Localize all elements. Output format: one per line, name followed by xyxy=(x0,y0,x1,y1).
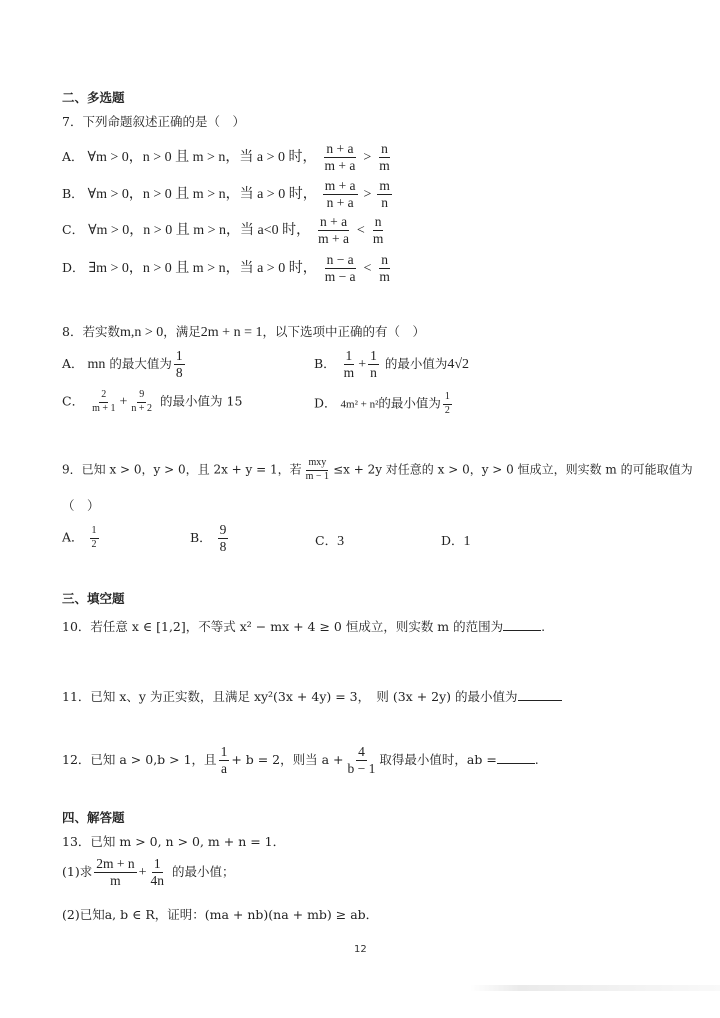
option-label: B． xyxy=(190,530,212,545)
fraction: 12 xyxy=(90,526,99,550)
question-text: 已知 a > 0,b > 1，且 xyxy=(90,752,216,767)
question-number: 9． xyxy=(62,463,82,477)
section-heading-solution: 四、解答题 xyxy=(62,808,125,826)
option-label: B． xyxy=(314,356,336,371)
option-text: 的最小值为 xyxy=(378,396,441,411)
option-label: D． xyxy=(314,396,337,411)
numerator: m + a xyxy=(323,179,358,195)
denominator: 4n xyxy=(149,873,167,888)
math-expression: 4√2 xyxy=(447,357,469,372)
question-8-option-a: A． mn 的最大值为18 xyxy=(62,349,187,380)
option-label: C． xyxy=(315,533,337,548)
numerator: n + a xyxy=(318,215,349,231)
operator: > xyxy=(364,187,372,202)
answer-blank[interactable] xyxy=(518,688,562,701)
option-label: A． xyxy=(62,149,84,164)
fraction: 98 xyxy=(218,523,229,554)
numerator: 1 xyxy=(174,349,185,365)
option-value: 1 xyxy=(464,534,471,549)
operator: + xyxy=(119,395,127,410)
numerator: 2m + n xyxy=(94,857,136,873)
question-text: 取得最小值时，ab = xyxy=(379,752,496,767)
fraction: 4b − 1 xyxy=(346,745,378,776)
fraction-lhs: n + am + a xyxy=(316,215,351,246)
punctuation: . xyxy=(535,752,539,767)
fraction: 1n xyxy=(368,349,379,380)
numerator: n − a xyxy=(325,253,356,269)
question-9-option-d: D．1 xyxy=(441,531,471,550)
option-text: 的最大值为 xyxy=(109,356,172,371)
fraction: 9n + 2 xyxy=(129,390,154,414)
question-7-option-b: B． ∀m > 0，n > 0 且 m > n，当 a > 0 时， m + a… xyxy=(62,179,394,210)
denominator: n xyxy=(368,365,379,380)
quantifier-symbol: ∀ xyxy=(88,187,96,202)
question-9-option-b: B． 98 xyxy=(190,523,230,554)
math-expression: mn xyxy=(88,357,106,372)
quantifier-symbol: ∀ xyxy=(88,150,96,165)
option-text: 的最小值为 xyxy=(385,356,448,371)
section-heading-fill-blank: 三、填空题 xyxy=(62,589,125,607)
option-condition: m > 0，n > 0 且 m > n，当 a > 0 时， xyxy=(96,261,317,276)
fraction: 2m + nm xyxy=(94,857,136,888)
section-heading-multi-choice: 二、多选题 xyxy=(62,88,125,106)
fraction-rhs: nm xyxy=(371,215,386,246)
question-7-stem: 7．下列命题叙述正确的是（ ） xyxy=(62,112,245,130)
question-7-option-d: D． ∃m > 0，n > 0 且 m > n，当 a > 0 时， n − a… xyxy=(62,253,394,284)
question-8-option-c: C． 2m + 1+9n + 2 的最小值为 15 xyxy=(62,390,242,414)
math-expression: 4m² + n² xyxy=(341,399,379,411)
part-label: (2)已知 xyxy=(62,907,105,922)
denominator: m xyxy=(342,365,357,380)
operator: < xyxy=(357,223,365,238)
numerator: n xyxy=(373,215,384,231)
answer-blank[interactable] xyxy=(497,751,535,764)
fraction-value: 12 xyxy=(443,392,452,416)
numerator: n xyxy=(379,142,390,158)
numerator: 1 xyxy=(90,526,99,539)
numerator: 2 xyxy=(99,390,108,403)
fraction: 14n xyxy=(149,857,167,888)
fraction-lhs: n + am + a xyxy=(323,142,358,173)
question-13-part-2: (2)已知a, b ∈ R，证明：(ma + nb)(na + mb) ≥ ab… xyxy=(62,905,378,923)
math-expression: m,n > 0 xyxy=(120,325,163,340)
question-text: a, b ∈ R，证明：(ma + nb)(na + mb) ≥ ab． xyxy=(105,907,378,922)
denominator: m − 1 xyxy=(304,471,331,483)
numerator: 9 xyxy=(137,390,146,403)
numerator: 4 xyxy=(356,745,367,761)
question-7-option-a: A． ∀m > 0，n > 0 且 m > n，当 a > 0 时， n + a… xyxy=(62,142,394,173)
denominator: n + a xyxy=(325,195,356,210)
fraction-rhs: nm xyxy=(377,253,392,284)
question-number: 12． xyxy=(62,752,90,767)
option-label: C． xyxy=(62,222,84,237)
option-condition: m > 0，n > 0 且 m > n，当 a<0 时， xyxy=(97,223,311,238)
part-label: (1)求 xyxy=(62,864,92,879)
denominator: 2 xyxy=(90,539,99,551)
option-label: A． xyxy=(62,356,84,371)
numerator: mxy xyxy=(306,458,328,471)
question-8-stem: 8．若实数m,n > 0，满足2m + n = 1，以下选项中正确的有（ ） xyxy=(62,322,425,341)
question-13-part-1: (1)求2m + nm+14n 的最小值； xyxy=(62,857,235,888)
numerator: m xyxy=(377,179,392,195)
question-8-option-d: D． 4m² + n²的最小值为12 xyxy=(314,392,454,416)
option-label: B． xyxy=(62,186,84,201)
denominator: n + 2 xyxy=(129,403,154,415)
scan-artifact xyxy=(470,985,720,991)
operator: + xyxy=(139,865,147,880)
numerator: 1 xyxy=(443,392,452,405)
fraction-lhs: n − am − a xyxy=(323,253,358,284)
option-condition: m > 0，n > 0 且 m > n，当 a > 0 时， xyxy=(96,150,317,165)
fraction: 1m xyxy=(342,349,357,380)
question-12: 12．已知 a > 0,b > 1，且1a+ b = 2，则当 a +4b − … xyxy=(62,745,539,776)
denominator: m − a xyxy=(323,269,358,284)
numerator: 1 xyxy=(344,349,355,365)
fraction: 2m + 1 xyxy=(90,390,117,414)
question-8-option-b: B． 1m+1n 的最小值为4√2 xyxy=(314,349,469,380)
question-text: 的最小值； xyxy=(172,864,235,879)
denominator: m xyxy=(108,873,123,888)
question-text: 若实数 xyxy=(82,324,120,339)
option-label: A． xyxy=(62,530,84,545)
denominator: a xyxy=(219,761,229,776)
answer-blank[interactable] xyxy=(503,618,541,631)
question-number: 7． xyxy=(62,114,82,129)
punctuation: . xyxy=(541,619,545,634)
question-9-option-c: C．3 xyxy=(315,531,344,550)
question-10: 10．若任意 x ∈ [1,2]，不等式 x² − mx + 4 ≥ 0 恒成立… xyxy=(62,617,545,635)
fraction-rhs: mn xyxy=(377,179,392,210)
question-9-paren: （ ） xyxy=(62,496,100,514)
question-13-given: 13．已知 m > 0, n > 0, m + n = 1． xyxy=(62,832,285,850)
question-number: 13． xyxy=(62,834,90,849)
operator: > xyxy=(363,150,371,165)
option-condition: m > 0，n > 0 且 m > n，当 a > 0 时， xyxy=(96,187,317,202)
option-value: 3 xyxy=(337,534,344,549)
operator: < xyxy=(364,261,372,276)
question-7-option-c: C． ∀m > 0，n > 0 且 m > n，当 a<0 时， n + am … xyxy=(62,215,387,246)
fraction-lhs: m + an + a xyxy=(323,179,358,210)
math-expression: 2m + n = 1 xyxy=(201,325,263,340)
numerator: 9 xyxy=(218,523,229,539)
option-label: D． xyxy=(441,533,464,548)
numerator: 1 xyxy=(368,349,379,365)
numerator: 1 xyxy=(219,745,230,761)
denominator: n xyxy=(379,195,390,210)
question-9-stem: 9．已知 x > 0，y > 0，且 2x + y = 1，若mxym − 1≤… xyxy=(62,458,693,482)
option-label: D． xyxy=(62,260,85,275)
fraction: mxym − 1 xyxy=(304,458,331,482)
question-text: ，满足 xyxy=(163,324,201,339)
question-11: 11．已知 x、y 为正实数，且满足 xy²(3x + 4y) = 3， 则 (… xyxy=(62,687,562,705)
quantifier-symbol: ∀ xyxy=(88,223,96,238)
operator: + xyxy=(358,357,366,372)
option-text: 的最小值为 15 xyxy=(160,394,242,409)
numerator: n xyxy=(379,253,390,269)
question-number: 10． xyxy=(62,619,90,634)
question-text: 若任意 x ∈ [1,2]，不等式 x² − mx + 4 ≥ 0 恒成立，则实… xyxy=(90,619,503,634)
denominator: m xyxy=(377,158,392,173)
denominator: 2 xyxy=(443,405,452,417)
denominator: b − 1 xyxy=(346,761,378,776)
question-text: 已知 m > 0, n > 0, m + n = 1． xyxy=(90,834,285,849)
question-text: + b = 2，则当 a + xyxy=(231,752,343,767)
numerator: n + a xyxy=(324,142,355,158)
denominator: m + a xyxy=(316,231,351,246)
quantifier-symbol: ∃ xyxy=(89,261,97,276)
question-9-option-a: A． 12 xyxy=(62,526,101,550)
question-text: 已知 x、y 为正实数，且满足 xy²(3x + 4y) = 3， 则 (3x … xyxy=(90,689,517,704)
question-text: 下列命题叙述正确的是（ ） xyxy=(82,114,245,129)
option-label: C． xyxy=(62,394,84,409)
fraction-rhs: nm xyxy=(377,142,392,173)
question-text: ≤x + 2y 对任意的 x > 0，y > 0 恒成立，则实数 m 的可能取值… xyxy=(333,463,693,477)
fraction-value: 18 xyxy=(174,349,185,380)
question-number: 8． xyxy=(62,324,82,339)
question-text: 已知 x > 0，y > 0，且 2x + y = 1，若 xyxy=(82,463,302,477)
question-number: 11． xyxy=(62,689,90,704)
denominator: m xyxy=(371,231,386,246)
numerator: 1 xyxy=(152,857,163,873)
page-number: 12 xyxy=(354,944,367,955)
fraction: 1a xyxy=(219,745,230,776)
denominator: m xyxy=(377,269,392,284)
denominator: 8 xyxy=(218,539,229,554)
denominator: m + a xyxy=(323,158,358,173)
question-text: ，以下选项中正确的有（ ） xyxy=(262,324,425,339)
denominator: m + 1 xyxy=(90,403,117,415)
denominator: 8 xyxy=(174,365,185,380)
